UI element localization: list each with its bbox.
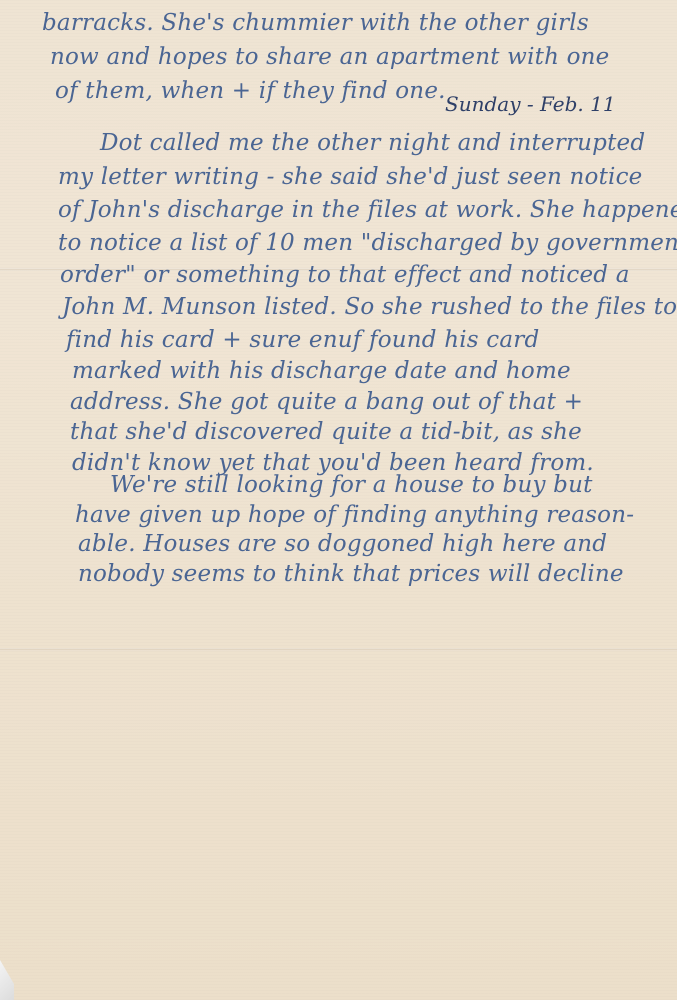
letter-line: to notice a list of 10 men "discharged b…	[58, 230, 677, 256]
letter-line: my letter writing - she said she'd just …	[58, 164, 642, 190]
letter-line: nobody seems to think that prices will d…	[78, 561, 624, 587]
letter-line: of them, when + if they find one.	[55, 78, 446, 104]
letter-line: John M. Munson listed. So she rushed to …	[62, 294, 677, 320]
letter-line: have given up hope of finding anything r…	[75, 502, 634, 528]
letter-line: address. She got quite a bang out of tha…	[70, 389, 583, 415]
letter-line: able. Houses are so doggoned high here a…	[78, 531, 607, 557]
letter-line: now and hopes to share an apartment with…	[50, 44, 609, 70]
letter-line: find his card + sure enuf found his card	[66, 327, 539, 353]
letter-line: Dot called me the other night and interr…	[100, 130, 645, 156]
letter-line: that she'd discovered quite a tid-bit, a…	[70, 419, 582, 445]
letter-line: order" or something to that effect and n…	[60, 262, 630, 288]
letter-page: barracks. She's chummier with the other …	[0, 0, 677, 1000]
letter-line: We're still looking for a house to buy b…	[110, 472, 593, 498]
letter-line: barracks. She's chummier with the other …	[42, 10, 642, 36]
page-corner	[0, 960, 14, 1000]
date-heading: Sunday - Feb. 11	[445, 92, 616, 116]
letter-line: marked with his discharge date and home	[72, 358, 571, 384]
letter-line: of John's discharge in the files at work…	[58, 197, 677, 223]
fold-crease-lower	[0, 648, 677, 651]
